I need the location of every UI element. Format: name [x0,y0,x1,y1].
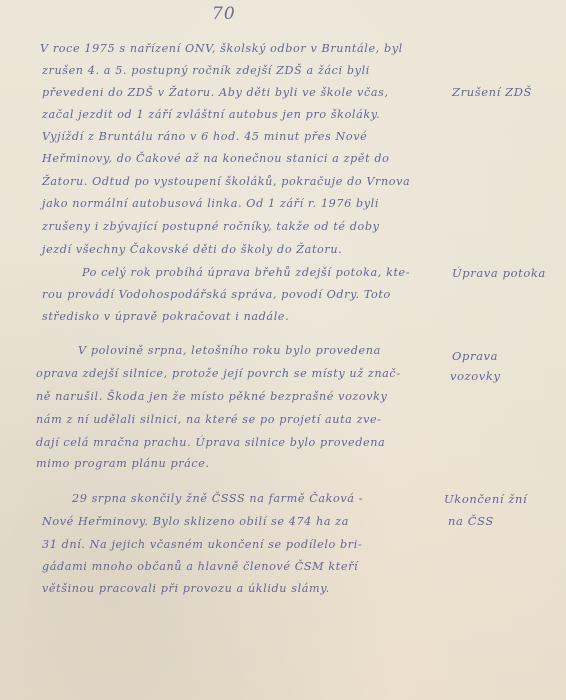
text-line: Žatoru. Odtud po vystoupení školáků, pok… [42,175,410,188]
margin-note-road-repair-line1: Oprava [452,349,498,363]
margin-note-stream-regulation: Úprava potoka [452,266,546,280]
text-line: 29 srpna skončily žně ČSSS na farmě Čako… [72,492,363,505]
margin-note-road-repair-line2: vozovky [450,369,501,383]
text-line: zrušen 4. a 5. postupný ročník zdejší ZD… [42,64,370,77]
text-line: většinou pracovali při provozu a úklidu … [42,582,330,595]
text-line: začal jezdit od 1 září zvláštní autobus … [42,108,380,121]
margin-note-harvest-end-line1: Ukončení žní [444,492,527,506]
text-line: jako normální autobusová linka. Od 1 zář… [42,197,379,210]
margin-note-harvest-end-line2: na ČSS [448,514,494,528]
text-line: 31 dní. Na jejich včasném ukončení se po… [42,538,362,551]
text-line: ně narušil. Škoda jen že místo pěkné bez… [36,390,387,403]
text-line: nám z ní udělali silnici, na které se po… [36,413,382,426]
text-line: zrušeny i zbývající postupné ročníky, ta… [42,220,380,233]
text-line: jezdí všechny Čakovské děti do školy do … [42,243,342,256]
text-line: V roce 1975 s nařízení ONV, školský odbo… [40,42,403,55]
text-line: gádami mnoho občanů a hlavně členové ČSM… [42,560,358,573]
text-line: rou provádí Vodohospodářská správa, povo… [42,288,391,301]
text-line: Nové Heřminovy. Bylo sklizeno obilí se 4… [42,515,349,528]
text-line: V polovině srpna, letošního roku bylo pr… [78,344,381,357]
text-line: dají celá mračna prachu. Úprava silnice … [36,436,385,449]
text-line: oprava zdejší silnice, protože její povr… [36,367,401,380]
text-line: mimo program plánu práce. [36,457,210,470]
margin-note-school-closure: Zrušení ZDŠ [452,85,532,99]
text-line: Heřminovy, do Čakové až na konečnou stan… [42,152,389,165]
text-line: Po celý rok probíhá úprava břehů zdejší … [82,266,410,279]
text-line: středisko v úpravě pokračovat i nadále. [42,310,289,323]
text-line: převedeni do ZDŠ v Žatoru. Aby děti byli… [42,86,389,99]
text-line: Vyjíždí z Bruntálu ráno v 6 hod. 45 minu… [42,130,367,143]
page-number: 70 [212,4,236,24]
